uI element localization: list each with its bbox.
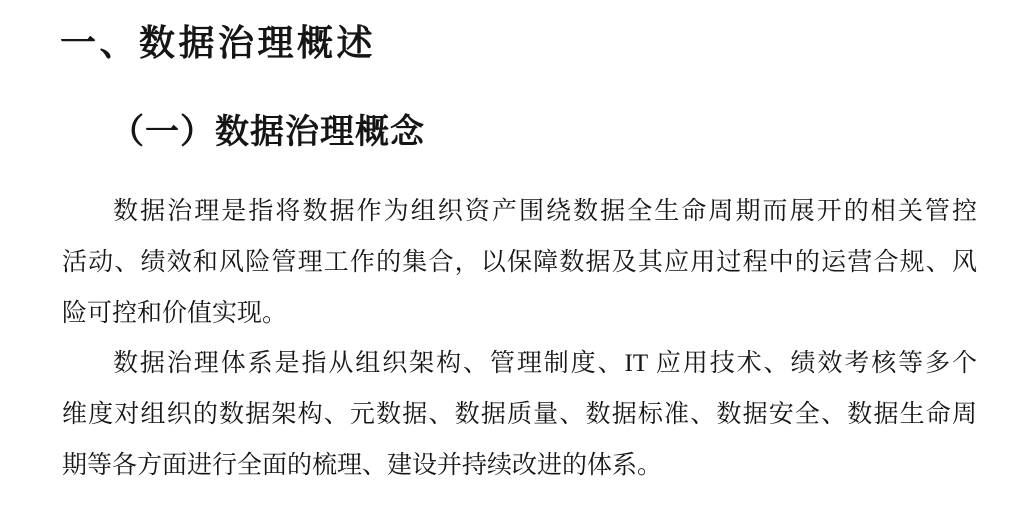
paragraph-line: 期等各方面进行全面的梳理、建设并持续改进的体系。 xyxy=(62,440,977,491)
section-heading: 一、数据治理概述 xyxy=(60,24,376,62)
paragraph-line: 维度对组织的数据架构、元数据、数据质量、数据标准、数据安全、数据生命周 xyxy=(62,389,977,440)
subsection-heading: （一）数据治理概念 xyxy=(110,114,425,152)
paragraph-2: 数据治理体系是指从组织架构、管理制度、IT 应用技术、绩效考核等多个 维度对组织… xyxy=(62,338,977,491)
paragraph-line: 数据治理体系是指从组织架构、管理制度、IT 应用技术、绩效考核等多个 xyxy=(62,338,977,389)
paragraph-line: 险可控和价值实现。 xyxy=(62,288,977,339)
document-page: 一、数据治理概述 （一）数据治理概念 数据治理是指将数据作为组织资产围绕数据全生… xyxy=(0,0,1024,527)
paragraph-line: 数据治理是指将数据作为组织资产围绕数据全生命周期而展开的相关管控 xyxy=(62,186,977,237)
paragraph-line: 活动、绩效和风险管理工作的集合，以保障数据及其应用过程中的运营合规、风 xyxy=(62,237,977,288)
paragraph-1: 数据治理是指将数据作为组织资产围绕数据全生命周期而展开的相关管控 活动、绩效和风… xyxy=(62,186,977,339)
